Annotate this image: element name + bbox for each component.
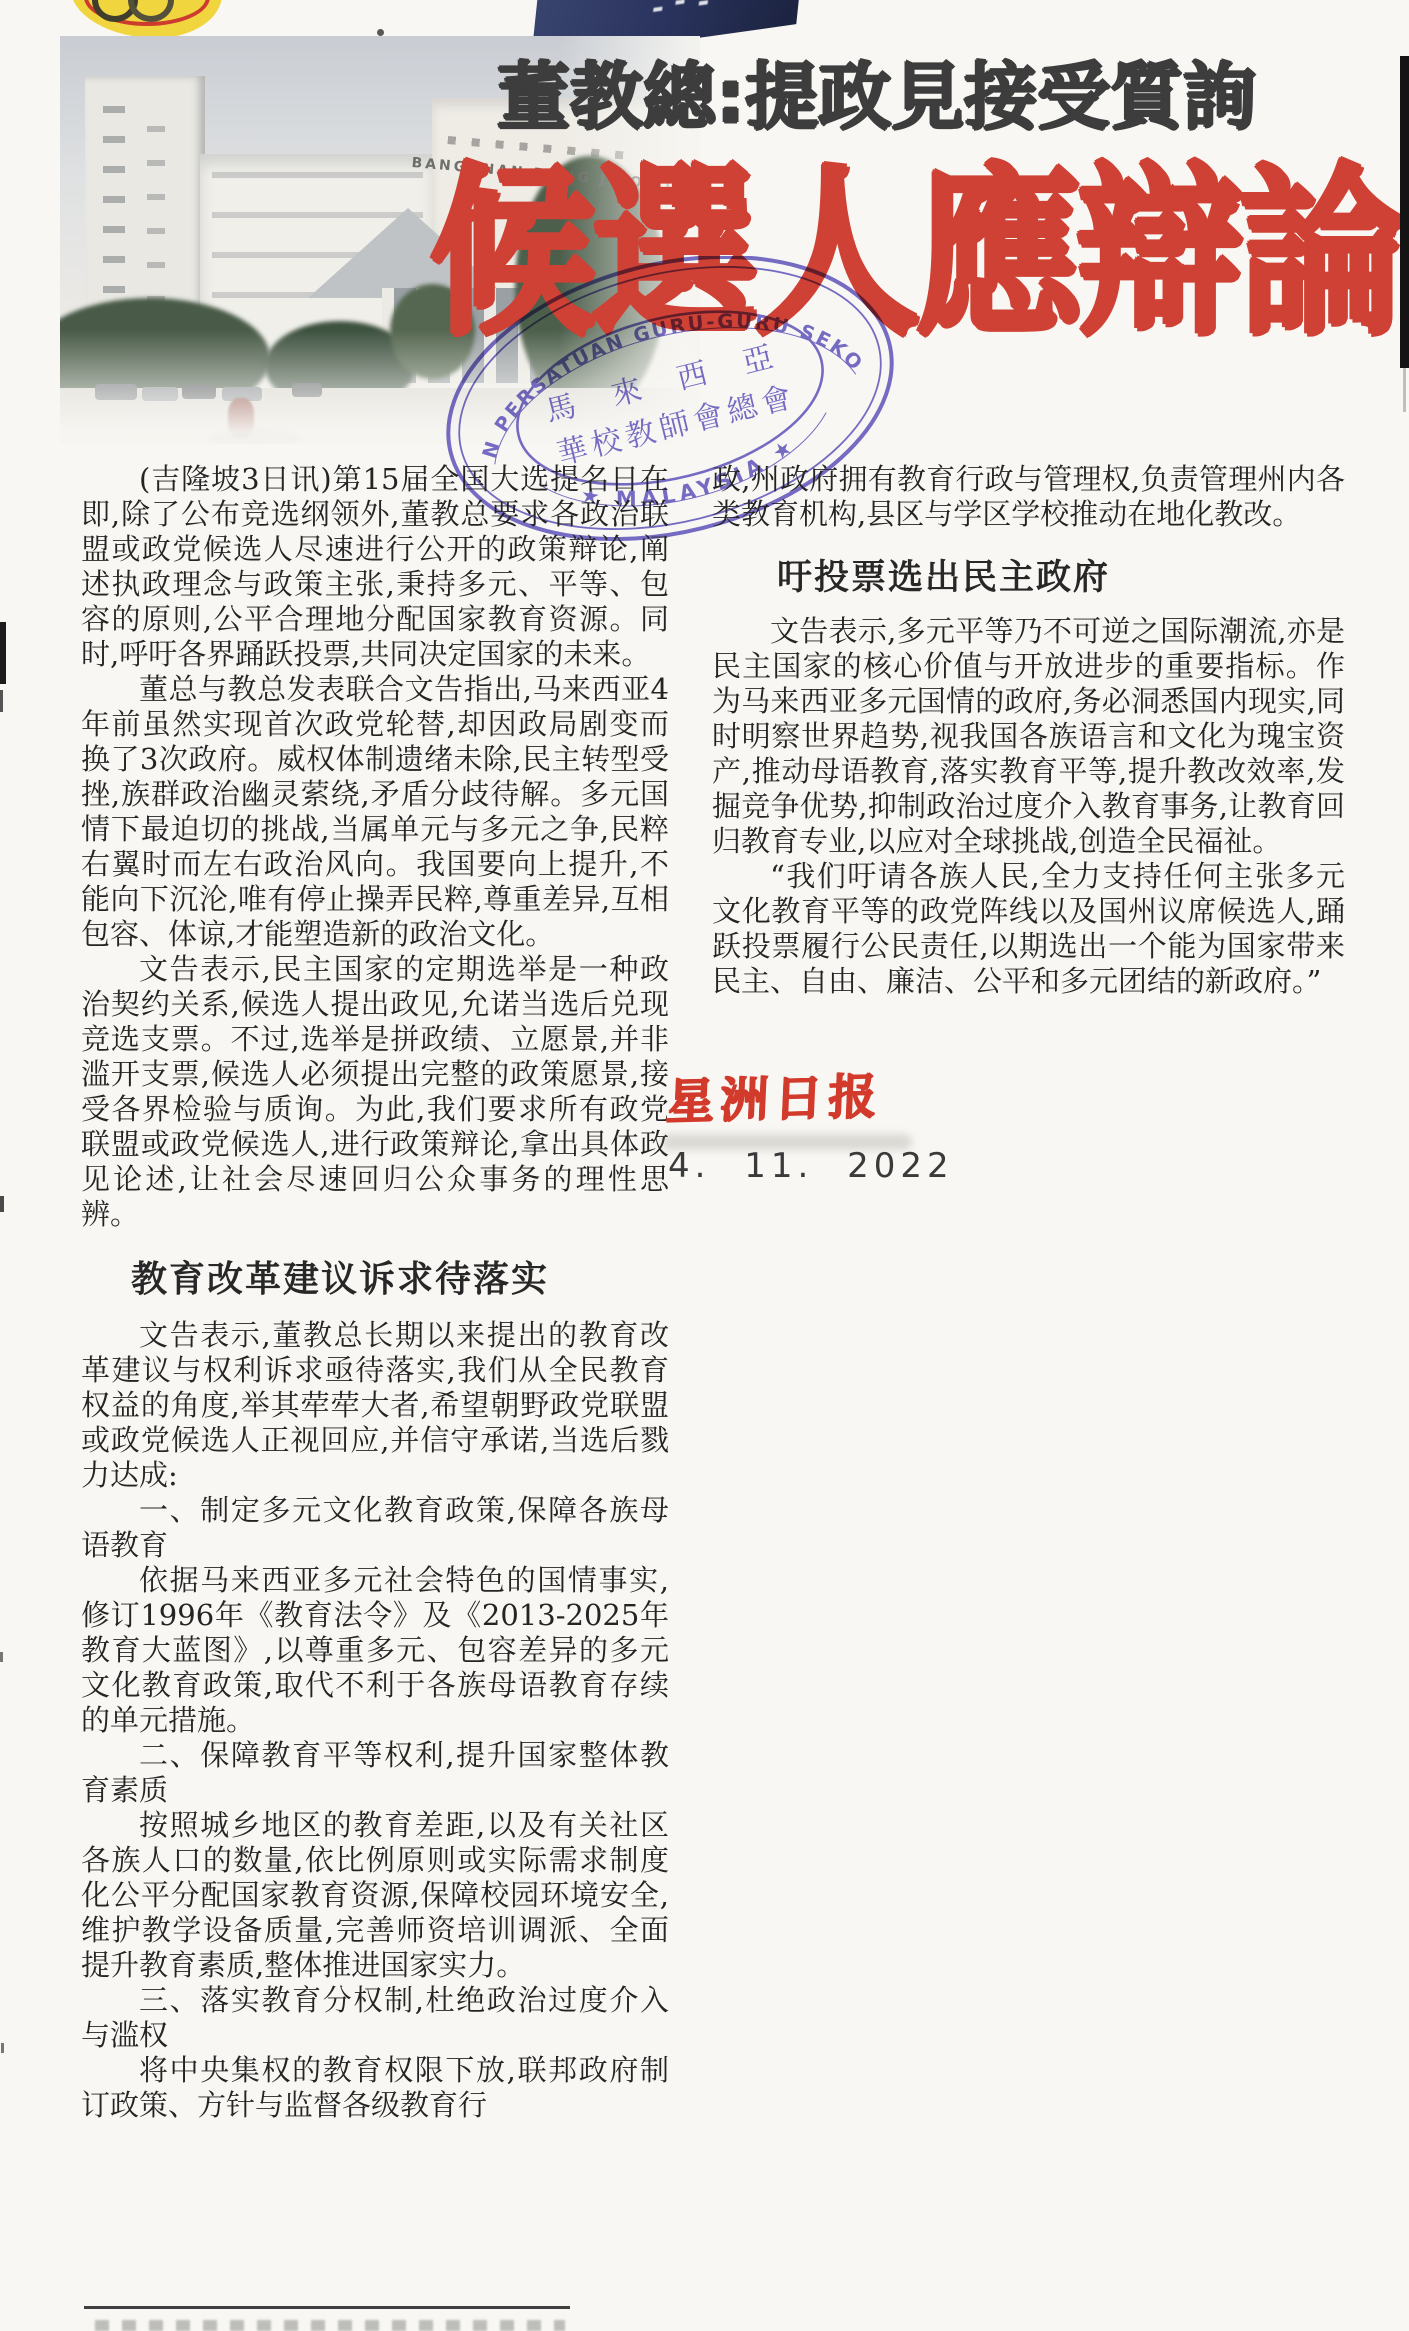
quote-paragraph: “我们吁请各族人民,全力支持任何主张多元文化教育平等的政党阵线以及国州议席候选人… — [712, 859, 1345, 999]
masthead-mark — [675, 0, 684, 5]
article-column-left: (吉隆坡3日讯)第15届全国大选提名日在即,除了公布竞选纲领外,董教总要求各政治… — [81, 462, 669, 2123]
list-item-paragraph: 三、落实教育分权制,杜绝政治过度介入与滥权 — [81, 1983, 669, 2053]
newspaper-logo-sin-chew: 星洲日报 — [664, 1057, 883, 1132]
scan-edge-mark — [0, 1196, 4, 1212]
scan-edge-mark — [0, 690, 3, 712]
body-paragraph: 文告表示,民主国家的定期选举是一种政治契约关系,候选人提出政见,允诺当选后兑现竞… — [81, 952, 669, 1232]
section-heading-education-reform: 教育改革建议诉求待落实 — [81, 1258, 599, 1302]
section-heading-vote-democracy: 吁投票选出民主政府 — [712, 556, 1175, 600]
article-column-right: 政,州政府拥有教育行政与管理权,负责管理州内各类教育机构,县区与学区学校推动在地… — [712, 462, 1345, 999]
scan-edge-mark — [0, 622, 6, 684]
scan-edge-bar — [1403, 368, 1406, 412]
list-item-paragraph: 一、制定多元文化教育政策,保障各族母语教育 — [81, 1493, 669, 1563]
body-paragraph: (吉隆坡3日讯)第15届全国大选提名日在即,除了公布竞选纲领外,董教总要求各政治… — [81, 462, 669, 672]
scan-edge-mark — [0, 1652, 3, 1662]
headline-kicker: 董教總:提政見接受質詢 — [497, 60, 1256, 137]
body-paragraph: 文告表示,董教总长期以来提出的教育改革建议与权利诉求亟待落实,我们从全民教育权益… — [81, 1318, 669, 1493]
body-paragraph: 按照城乡地区的教育差距,以及有关社区各族人口的数量,依比例原则或实际需求制度化公… — [81, 1808, 669, 1983]
body-paragraph: 依据马来西亚多元社会特色的国情事实,修订1996年《教育法令》及《2013-20… — [81, 1563, 669, 1738]
scan-edge-mark — [1, 2043, 4, 2053]
body-paragraph: 将中央集权的教育权限下放,联邦政府制订政策、方针与监督各级教育行 — [81, 2053, 669, 2123]
cut-off-text-remnant — [95, 2320, 565, 2331]
body-paragraph-continuation: 政,州政府拥有教育行政与管理权,负责管理州内各类教育机构,县区与学区学校推动在地… — [712, 462, 1345, 532]
list-item-paragraph: 二、保障教育平等权利,提升国家整体教育素质 — [81, 1738, 669, 1808]
scan-speck — [377, 29, 384, 36]
masthead-mark — [699, 0, 708, 5]
scan-edge-bar — [1400, 56, 1409, 368]
body-paragraph: 文告表示,多元平等乃不可逆之国际潮流,亦是民主国家的核心价值与开放进步的重要指标… — [712, 614, 1345, 859]
newspaper-clipping-page: BANGUNAN DONG JIAO ZONG 董教總:提政見接受質詢 候選人應… — [0, 0, 1409, 2331]
masthead-logo-remnant — [70, 0, 222, 38]
publication-date: 4. 11. 2022 — [668, 1146, 954, 1186]
body-paragraph: 董总与教总发表联合文告指出,马来西亚4年前虽然实现首次政党轮替,却因政局剧变而换… — [81, 672, 669, 952]
column-divider-rule — [84, 2306, 570, 2309]
masthead-mark — [653, 7, 662, 12]
